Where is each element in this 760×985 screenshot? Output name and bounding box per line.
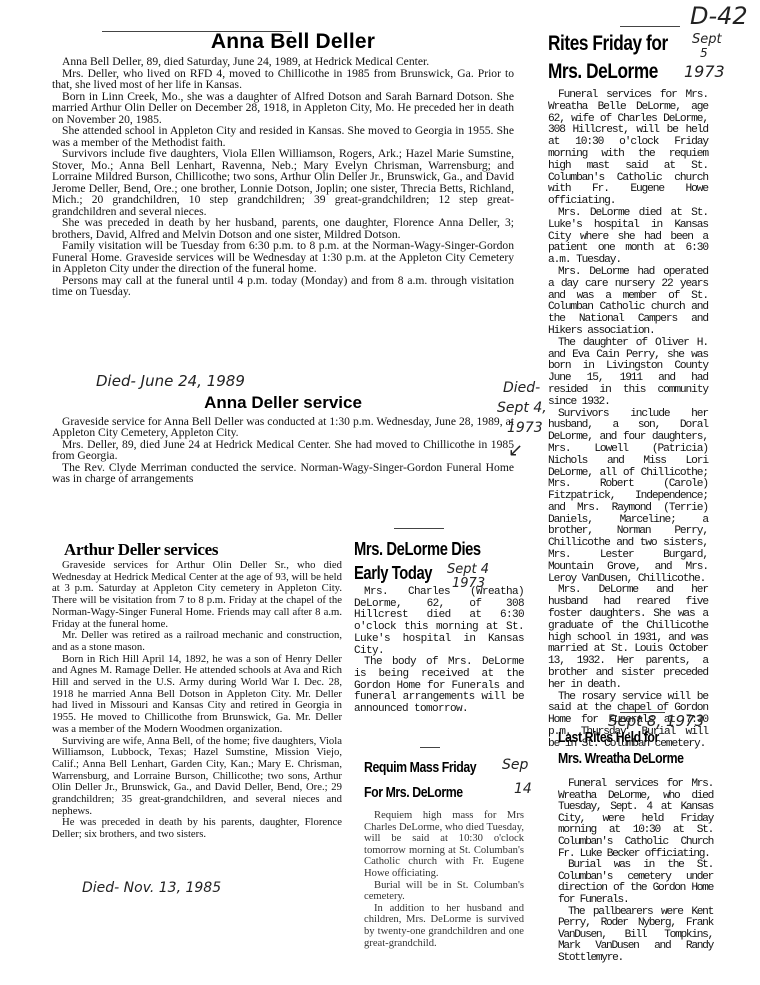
paragraph: He was preceded in death by his parents,… [52, 817, 342, 840]
handwritten-death-label: Died- [503, 380, 540, 396]
handwritten-death-year: 1973 [507, 420, 543, 436]
paragraph: She attended school in Appleton City and… [52, 125, 514, 148]
headline: Arthur Deller services [52, 540, 342, 560]
paragraph: The daughter of Oliver H. and Eva Cain P… [548, 338, 708, 409]
divider [420, 747, 440, 748]
paragraph: Burial was in the St. Columban's cemeter… [558, 860, 713, 906]
paragraph: Mrs. Deller, 89, died June 24 at Hedrick… [52, 439, 514, 462]
paragraph: Mrs. Deller, who lived on RFD 4, moved t… [52, 68, 514, 91]
paragraph: In addition to her husband and children,… [364, 903, 524, 949]
paragraph: Born in Rich Hill April 14, 1892, he was… [52, 654, 342, 736]
article-arthur-deller-services: Arthur Deller services Graveside service… [52, 540, 342, 841]
handwritten-death-date: Died- Nov. 13, 1985 [82, 880, 221, 896]
paragraph: Mrs. Charles (Wreatha) DeLorme, 62, of 3… [354, 587, 524, 657]
paragraph: She was preceded in death by her husband… [52, 217, 514, 240]
handwritten-date: 14 [514, 781, 532, 797]
arrow-icon: ↙ [508, 440, 523, 461]
paragraph: Surviving are wife, Anna Bell, of the ho… [52, 736, 342, 818]
handwritten-date: Sept [692, 32, 722, 47]
paragraph: Graveside service for Anna Bell Deller w… [52, 416, 514, 439]
headline-line-2: Mrs. Wreatha DeLorme [558, 748, 722, 769]
paragraph: Survivors include her husband, a son, Do… [548, 409, 708, 586]
handwritten-date: Sept 4 [447, 562, 489, 577]
paragraph: Mrs. DeLorme and her husband had reared … [548, 585, 708, 691]
paragraph: Funeral services for Mrs. Wreatha DeLorm… [558, 779, 713, 860]
handwritten-date: Sep [502, 757, 528, 773]
paragraph: Requiem high mass for Mrs Charles DeLorm… [364, 810, 524, 880]
paragraph: Funeral services for Mrs. Wreatha Belle … [548, 90, 708, 208]
paragraph: Born in Linn Creek, Mo., she was a daugh… [52, 91, 514, 126]
handwritten-year: 1973 [684, 62, 725, 81]
article-rites-friday: Rites Friday for Mrs. DeLorme Funeral se… [548, 30, 708, 751]
headline: Anna Bell Deller [52, 30, 514, 54]
paragraph: The pallbearers were Kent Perry, Roder N… [558, 907, 713, 965]
handwritten-date: 5 [700, 46, 708, 60]
paragraph: Anna Bell Deller, 89, died Saturday, Jun… [52, 56, 514, 68]
paragraph: The Rev. Clyde Merriman conducted the se… [52, 462, 514, 485]
handwritten-death-date: Died- June 24, 1989 [96, 372, 245, 390]
paragraph: The body of Mrs. DeLorme is being receiv… [354, 657, 524, 716]
paragraph: Mr. Deller was retired as a railroad mec… [52, 630, 342, 653]
headline: Anna Deller service [52, 393, 514, 413]
article-anna-deller-service: Anna Deller service Graveside service fo… [52, 393, 514, 484]
paragraph: Graveside services for Arthur Olin Delle… [52, 560, 342, 630]
page-number-annotation: D-42 [690, 2, 748, 30]
headline-line-2: For Mrs. DeLorme [364, 780, 528, 805]
headline-line-1: Last Rites Held for [558, 727, 722, 748]
article-mrs-delorme-dies: Mrs. DeLorme Dies Early Today Mrs. Charl… [354, 537, 524, 716]
headline-line-1: Mrs. DeLorme Dies [354, 537, 518, 561]
paragraph: Burial will be in St. Columban's cemeter… [364, 880, 524, 903]
handwritten-year: 1973 [452, 576, 485, 591]
paragraph: Family visitation will be Tuesday from 6… [52, 240, 514, 275]
divider [620, 26, 680, 27]
paragraph: Mrs. DeLorme had operated a day care nur… [548, 267, 708, 338]
paragraph: Survivors include five daughters, Viola … [52, 148, 514, 217]
handwritten-death-date: Sept 4, [497, 400, 547, 416]
article-anna-bell-deller: Anna Bell Deller Anna Bell Deller, 89, d… [52, 30, 514, 298]
article-requim-mass: Requim Mass Friday For Mrs. DeLorme Requ… [364, 755, 524, 949]
divider [394, 528, 444, 529]
paragraph: Persons may call at the funeral until 4 … [52, 275, 514, 298]
headline-line-2: Early Today [354, 561, 518, 585]
paragraph: Mrs. DeLorme died at St. Luke's hospital… [548, 208, 708, 267]
article-last-rites: Last Rites Held for Mrs. Wreatha DeLorme… [558, 727, 713, 965]
